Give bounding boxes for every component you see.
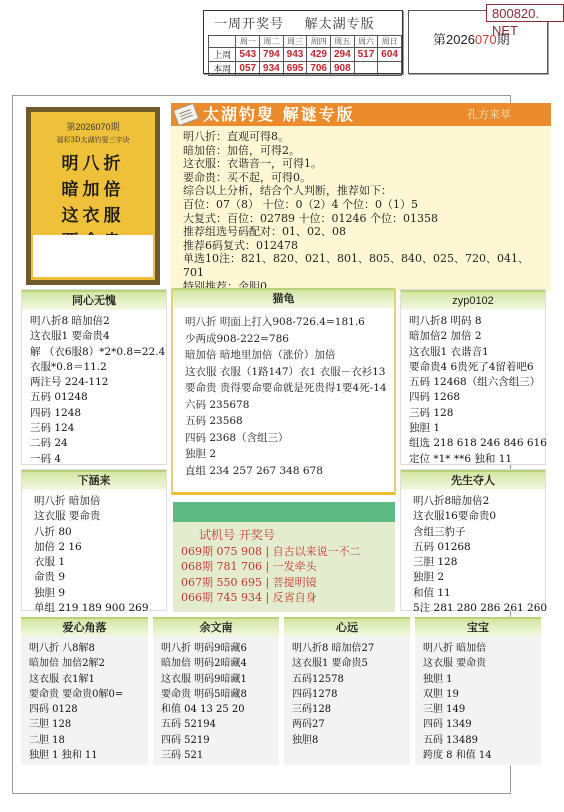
weekday-header: 周二 (260, 36, 284, 48)
tip-box-tongxin: 同心无愧 明八折8 暗加倍2 这衣服1 要命贵4 解 （衣6服8）*2*0.8=… (21, 289, 167, 465)
riddle-period: 第2026070期 (31, 120, 155, 133)
riddle-card: 第2026070期 福彩3D太湖钓叟三字诀 明八折 暗加倍 这衣服 要命贵 (26, 107, 160, 285)
box-body: 明八折8 暗加倍2 这衣服1 要命贵4 解 （衣6服8）*2*0.8=22.4 … (22, 310, 166, 467)
box-title: 下涵来 (22, 470, 166, 490)
tip-box-maogui: 猫龟 明八折 明面上打入908-726.4=181.6 少两成908-222=7… (171, 288, 396, 495)
table-header-row: 周一 周二 周三 周四 周五 周六 周日 (209, 36, 402, 48)
weekday-header: 周四 (307, 36, 331, 48)
tip-box-aixin: 爱心角落 明八折 八8解8 暗加倍 加倍2解2 这衣服 衣1解1 要命贵 要命贵… (21, 617, 148, 765)
box-body: 明八折 暗加倍 这衣服 要命贵 八折 80 加倍 2 16 衣服 1 命贵 9 … (22, 490, 166, 616)
riddle-line: 暗加倍 (31, 177, 155, 203)
trial-body: 试机号 开奖号 069期 075 908 | 自古以来说一不二 068期 781… (173, 522, 395, 606)
trial-row: 069期 075 908 | 自古以来说一不二 (181, 544, 395, 560)
draw-number: 943 (283, 48, 307, 62)
row-label: 本周 (209, 62, 236, 76)
weekly-title: 一周开奖号 (214, 16, 284, 31)
feature-panel: 太湖钓叟 解谜专版 孔方来萃 明八折：直观可得8。 暗加倍：加倍，可得2。 这衣… (171, 103, 551, 291)
trial-row: 068期 781 706 | 一发牵头 (181, 559, 395, 575)
box-title: zyp0102 (401, 290, 545, 310)
draw-number (354, 62, 378, 76)
site-badge[interactable]: 800820. NET (486, 4, 564, 22)
trial-header-bar (173, 502, 395, 522)
blank-area (33, 235, 153, 277)
row-label: 上周 (209, 48, 236, 62)
riddle-line: 明八折 (31, 151, 155, 177)
draw-number: 429 (307, 48, 331, 62)
draw-number: 294 (330, 48, 354, 62)
feature-body: 明八折：直观可得8。 暗加倍：加倍，可得2。 这衣服：衣谐音一，可得1。 要命贵… (171, 126, 551, 293)
draw-number: 908 (330, 62, 354, 76)
feature-author: 孔方来萃 (467, 103, 511, 126)
document-icon (173, 103, 199, 126)
tip-box-yuwennan: 余文南 明八折 明码9暗藏6 暗加倍 明码2暗藏4 这衣服 明码9暗藏1 要命贵… (153, 617, 279, 765)
weekly-draw-title: 一周开奖号 解太湖专版 (204, 11, 402, 35)
trial-row: 067期 550 695 | 菩提明镜 (181, 575, 395, 591)
draw-number: 934 (260, 62, 284, 76)
box-title: 宝宝 (415, 617, 541, 637)
weekly-draw-panel: 一周开奖号 解太湖专版 周一 周二 周三 周四 周五 周六 周日 上周 543 … (203, 10, 403, 74)
box-title: 余文南 (153, 617, 279, 637)
trial-row: 066期 745 934 | 反省自身 (181, 590, 395, 606)
table-row: 上周 543 794 943 429 294 517 604 (209, 48, 402, 62)
box-title: 猫龟 (173, 288, 394, 308)
weekday-header: 周五 (330, 36, 354, 48)
riddle-line: 这衣服 (31, 203, 155, 229)
box-body: 明八折 明面上打入908-726.4=181.6 少两成908-222=786 … (173, 308, 394, 479)
table-row: 本周 057 934 695 706 908 (209, 62, 402, 76)
weekday-header: 周一 (236, 36, 260, 48)
box-title: 爱心角落 (21, 617, 148, 637)
box-body: 明八折 明码9暗藏6 暗加倍 明码2暗藏4 这衣服 明码9暗藏1 要命贵 明码5… (153, 637, 279, 763)
feature-header: 太湖钓叟 解谜专版 孔方来萃 (171, 103, 551, 126)
box-body: 明八折8暗加倍2 这衣服16要命贵0 含组三豹子 五码 01268 三胆 128… (401, 490, 545, 616)
tip-box-xinyuan: 心远 明八折8 暗加倍27 这衣服1 要命贵5 五码12578 四码1278 三… (284, 617, 410, 765)
box-title: 先生夺人 (401, 470, 545, 490)
box-body: 明八折8 暗加倍27 这衣服1 要命贵5 五码12578 四码1278 三码12… (284, 637, 410, 748)
draw-number: 517 (354, 48, 378, 62)
box-title: 同心无愧 (22, 290, 166, 310)
weekday-header: 周六 (354, 36, 378, 48)
draw-number: 706 (307, 62, 331, 76)
draw-number: 057 (236, 62, 260, 76)
weekly-subtitle: 解太湖专版 (305, 16, 375, 31)
draw-number (378, 62, 402, 76)
draw-number: 794 (260, 48, 284, 62)
box-body: 明八折 暗加倍 这衣服 要命贵 独胆 1 双胆 19 三胆 149 四码 134… (415, 637, 541, 763)
draw-number: 543 (236, 48, 260, 62)
main-content: 第2026070期 福彩3D太湖钓叟三字诀 明八折 暗加倍 这衣服 要命贵 太湖… (12, 95, 511, 794)
feature-title: 太湖钓叟 解谜专版 (203, 103, 355, 126)
box-body: 明八折 八8解8 暗加倍 加倍2解2 这衣服 衣1解1 要命贵 要命贵0解0= … (21, 637, 148, 763)
trial-number-panel: 试机号 开奖号 069期 075 908 | 自古以来说一不二 068期 781… (173, 502, 395, 612)
riddle-subtitle: 福彩3D太湖钓叟三字诀 (31, 135, 155, 145)
tip-box-xianshengduoren: 先生夺人 明八折8暗加倍2 这衣服16要命贵0 含组三豹子 五码 01268 三… (400, 469, 546, 611)
weekday-header: 周日 (378, 36, 402, 48)
tip-box-xiahanlai: 下涵来 明八折 暗加倍 这衣服 要命贵 八折 80 加倍 2 16 衣服 1 命… (21, 469, 167, 611)
tip-box-zyp0102: zyp0102 明八折8 明码 8 暗加倍2 加倍 2 这衣服1 衣谐音1 要命… (400, 289, 546, 465)
box-body: 明八折8 明码 8 暗加倍2 加倍 2 这衣服1 衣谐音1 要命贵4 6贵死了4… (401, 310, 545, 467)
draw-number: 604 (378, 48, 402, 62)
weekday-header: 周三 (283, 36, 307, 48)
trial-title: 试机号 开奖号 (181, 528, 395, 544)
tip-box-baobao: 宝宝 明八折 暗加倍 这衣服 要命贵 独胆 1 双胆 19 三胆 149 四码 … (415, 617, 541, 765)
box-title: 心远 (284, 617, 410, 637)
weekly-draw-table: 周一 周二 周三 周四 周五 周六 周日 上周 543 794 943 429 … (208, 35, 402, 76)
draw-number: 695 (283, 62, 307, 76)
